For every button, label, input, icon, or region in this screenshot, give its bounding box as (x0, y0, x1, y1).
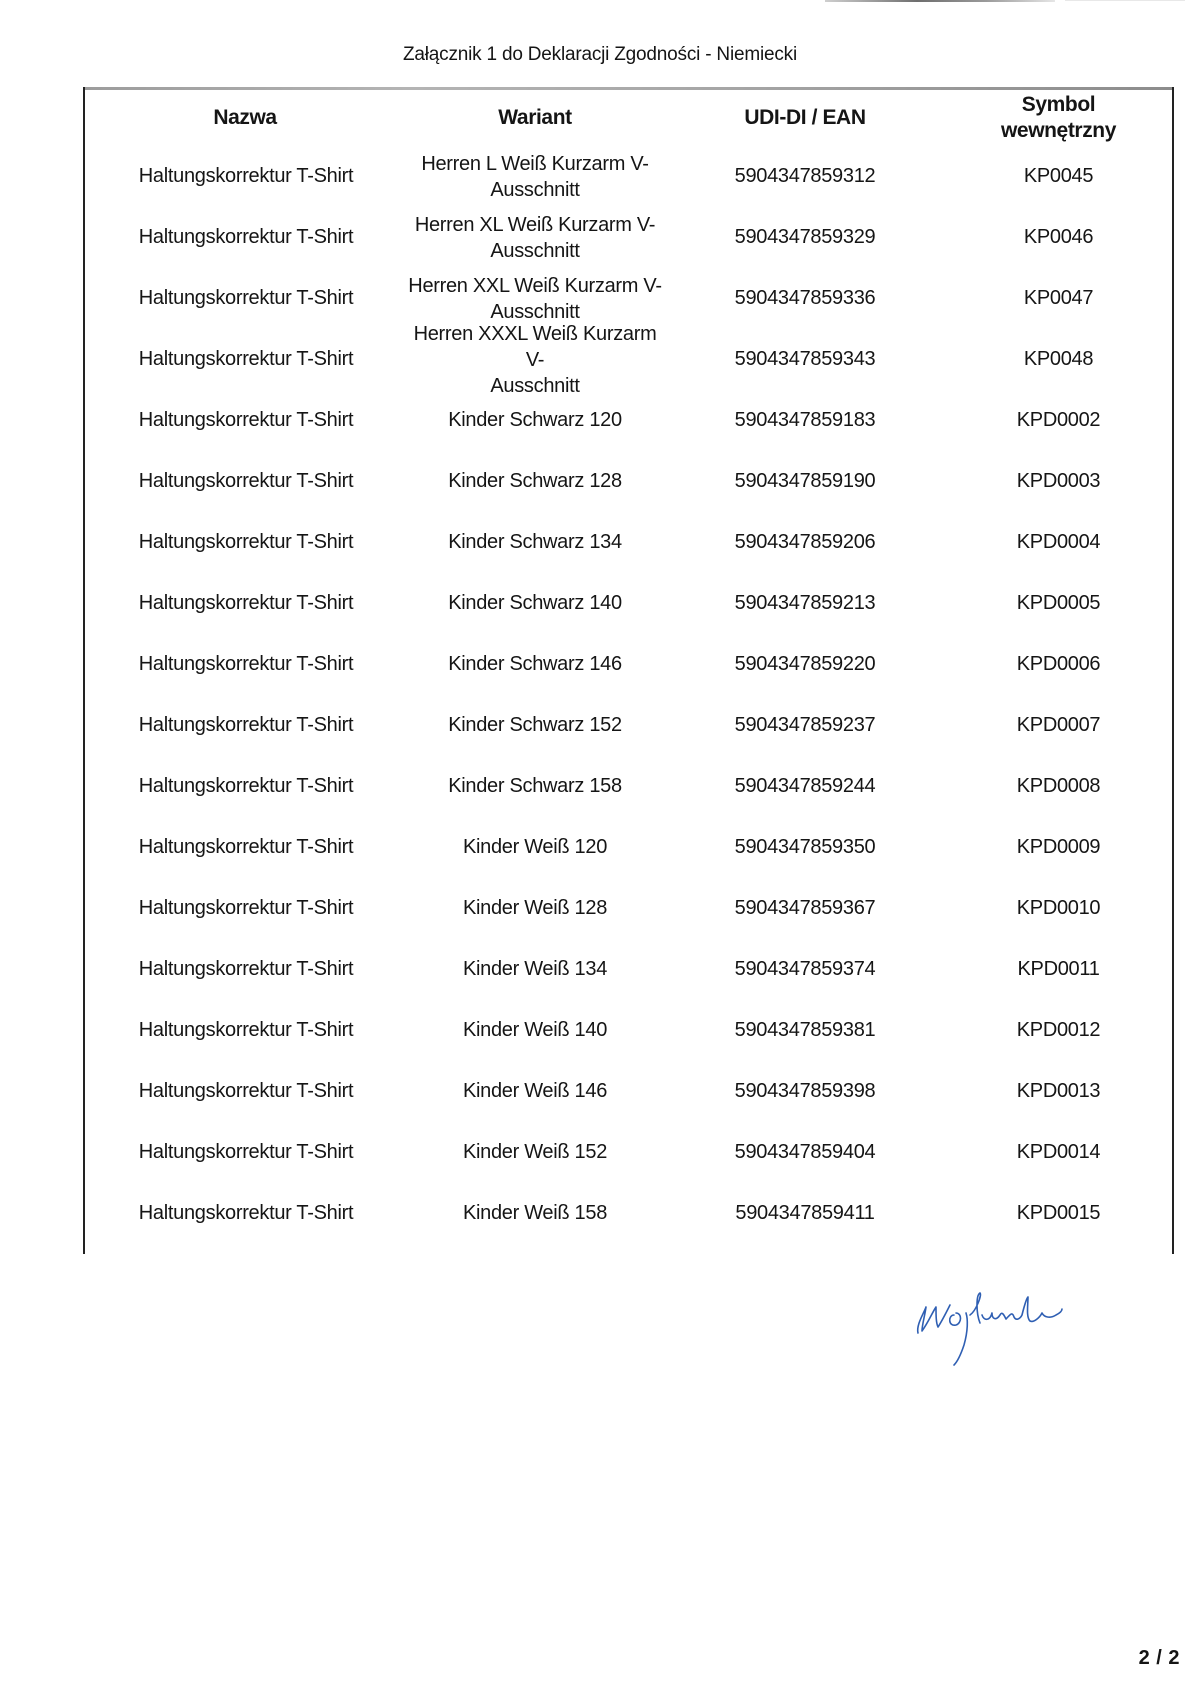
cell-variant: Kinder Schwarz 146 (405, 653, 665, 676)
cell-variant: Kinder Schwarz 134 (405, 531, 665, 554)
table-row: Haltungskorrektur T-ShirtKinder Schwarz … (85, 634, 1172, 695)
variant-line1: Kinder Weiß 158 (405, 1202, 665, 1225)
cell-symbol: KPD0004 (945, 531, 1172, 554)
product-table: Nazwa Wariant UDI-DI / EAN Symbol wewnęt… (85, 90, 1172, 1244)
variant-line1: Kinder Weiß 140 (405, 1019, 665, 1042)
cell-variant: Herren XXL Weiß Kurzarm V-Ausschnitt (405, 273, 665, 325)
table-row: Haltungskorrektur T-ShirtKinder Schwarz … (85, 756, 1172, 817)
table-row: Haltungskorrektur T-ShirtKinder Schwarz … (85, 512, 1172, 573)
variant-line1: Herren XL Weiß Kurzarm V- (405, 212, 665, 238)
cell-ean: 5904347859367 (665, 897, 945, 920)
document-title: Załącznik 1 do Deklaracji Zgodności - Ni… (0, 44, 1200, 66)
cell-name: Haltungskorrektur T-Shirt (85, 714, 405, 737)
cell-variant: Herren XL Weiß Kurzarm V-Ausschnitt (405, 212, 665, 264)
cell-symbol: KPD0007 (945, 714, 1172, 737)
cell-variant: Kinder Weiß 134 (405, 958, 665, 981)
cell-name: Haltungskorrektur T-Shirt (85, 531, 405, 554)
variant-line1: Kinder Schwarz 158 (405, 775, 665, 798)
variant-line1: Herren XXXL Weiß Kurzarm V- (405, 321, 665, 373)
cell-symbol: KPD0014 (945, 1141, 1172, 1164)
cell-ean: 5904347859329 (665, 226, 945, 249)
cell-name: Haltungskorrektur T-Shirt (85, 836, 405, 859)
cell-variant: Kinder Schwarz 120 (405, 409, 665, 432)
cell-symbol: KPD0010 (945, 897, 1172, 920)
header-internal-symbol: Symbol wewnętrzny (945, 92, 1172, 144)
variant-line1: Kinder Weiß 128 (405, 897, 665, 920)
table-row: Haltungskorrektur T-ShirtKinder Weiß 140… (85, 1000, 1172, 1061)
header-variant: Wariant (405, 106, 665, 130)
variant-line1: Kinder Schwarz 140 (405, 592, 665, 615)
cell-variant: Kinder Schwarz 152 (405, 714, 665, 737)
variant-line1: Kinder Schwarz 152 (405, 714, 665, 737)
variant-line1: Kinder Weiß 146 (405, 1080, 665, 1103)
cell-ean: 5904347859237 (665, 714, 945, 737)
variant-line1: Kinder Weiß 120 (405, 836, 665, 859)
cell-variant: Kinder Weiß 128 (405, 897, 665, 920)
variant-line1: Kinder Weiß 152 (405, 1141, 665, 1164)
variant-line2: Ausschnitt (405, 177, 665, 203)
cell-symbol: KPD0005 (945, 592, 1172, 615)
variant-line2: Ausschnitt (405, 373, 665, 399)
header-symbol-line1: Symbol (945, 92, 1172, 118)
cell-symbol: KP0045 (945, 165, 1172, 188)
cell-name: Haltungskorrektur T-Shirt (85, 1202, 405, 1225)
cell-symbol: KPD0012 (945, 1019, 1172, 1042)
cell-name: Haltungskorrektur T-Shirt (85, 226, 405, 249)
page-number: 2 / 2 (1139, 1647, 1180, 1670)
cell-name: Haltungskorrektur T-Shirt (85, 1080, 405, 1103)
variant-line1: Herren L Weiß Kurzarm V- (405, 151, 665, 177)
table-row: Haltungskorrektur T-ShirtKinder Schwarz … (85, 695, 1172, 756)
cell-symbol: KPD0011 (945, 958, 1172, 981)
cell-ean: 5904347859312 (665, 165, 945, 188)
cell-ean: 5904347859183 (665, 409, 945, 432)
variant-line1: Kinder Schwarz 146 (405, 653, 665, 676)
cell-symbol: KP0048 (945, 348, 1172, 371)
cell-name: Haltungskorrektur T-Shirt (85, 165, 405, 188)
table-row: Haltungskorrektur T-ShirtHerren XXXL Wei… (85, 329, 1172, 390)
table-header-row: Nazwa Wariant UDI-DI / EAN Symbol wewnęt… (85, 90, 1172, 146)
cell-name: Haltungskorrektur T-Shirt (85, 897, 405, 920)
cell-symbol: KPD0013 (945, 1080, 1172, 1103)
cell-variant: Kinder Schwarz 128 (405, 470, 665, 493)
cell-ean: 5904347859374 (665, 958, 945, 981)
table-row: Haltungskorrektur T-ShirtKinder Weiß 146… (85, 1061, 1172, 1122)
cell-ean: 5904347859343 (665, 348, 945, 371)
cell-name: Haltungskorrektur T-Shirt (85, 1141, 405, 1164)
cell-symbol: KP0046 (945, 226, 1172, 249)
cell-name: Haltungskorrektur T-Shirt (85, 775, 405, 798)
variant-line1: Herren XXL Weiß Kurzarm V- (405, 273, 665, 299)
table-row: Haltungskorrektur T-ShirtKinder Schwarz … (85, 390, 1172, 451)
cell-variant: Kinder Weiß 146 (405, 1080, 665, 1103)
table-row: Haltungskorrektur T-ShirtKinder Schwarz … (85, 573, 1172, 634)
table-row: Haltungskorrektur T-ShirtHerren L Weiß K… (85, 146, 1172, 207)
cell-ean: 5904347859244 (665, 775, 945, 798)
cell-ean: 5904347859411 (665, 1202, 945, 1225)
scan-artifact-line (1065, 0, 1185, 1)
cell-variant: Herren L Weiß Kurzarm V-Ausschnitt (405, 151, 665, 203)
cell-variant: Kinder Weiß 158 (405, 1202, 665, 1225)
header-name: Nazwa (85, 106, 405, 130)
cell-name: Haltungskorrektur T-Shirt (85, 470, 405, 493)
handwritten-signature (910, 1285, 1090, 1375)
cell-ean: 5904347859404 (665, 1141, 945, 1164)
cell-symbol: KPD0015 (945, 1202, 1172, 1225)
cell-variant: Kinder Schwarz 158 (405, 775, 665, 798)
cell-ean: 5904347859190 (665, 470, 945, 493)
cell-name: Haltungskorrektur T-Shirt (85, 409, 405, 432)
cell-symbol: KPD0002 (945, 409, 1172, 432)
variant-line1: Kinder Weiß 134 (405, 958, 665, 981)
cell-symbol: KPD0003 (945, 470, 1172, 493)
variant-line1: Kinder Schwarz 128 (405, 470, 665, 493)
table-row: Haltungskorrektur T-ShirtKinder Weiß 158… (85, 1183, 1172, 1244)
table-row: Haltungskorrektur T-ShirtKinder Weiß 128… (85, 878, 1172, 939)
cell-symbol: KPD0008 (945, 775, 1172, 798)
variant-line2: Ausschnitt (405, 238, 665, 264)
cell-ean: 5904347859206 (665, 531, 945, 554)
cell-ean: 5904347859213 (665, 592, 945, 615)
cell-name: Haltungskorrektur T-Shirt (85, 287, 405, 310)
scan-artifact-line (825, 0, 1055, 2)
cell-variant: Kinder Weiß 120 (405, 836, 665, 859)
table-row: Haltungskorrektur T-ShirtKinder Schwarz … (85, 451, 1172, 512)
cell-symbol: KP0047 (945, 287, 1172, 310)
cell-name: Haltungskorrektur T-Shirt (85, 1019, 405, 1042)
cell-symbol: KPD0009 (945, 836, 1172, 859)
cell-name: Haltungskorrektur T-Shirt (85, 592, 405, 615)
header-symbol-line2: wewnętrzny (945, 118, 1172, 144)
table-row: Haltungskorrektur T-ShirtKinder Weiß 152… (85, 1122, 1172, 1183)
table-row: Haltungskorrektur T-ShirtKinder Weiß 120… (85, 817, 1172, 878)
table-row: Haltungskorrektur T-ShirtHerren XL Weiß … (85, 207, 1172, 268)
variant-line1: Kinder Schwarz 134 (405, 531, 665, 554)
cell-ean: 5904347859398 (665, 1080, 945, 1103)
variant-line1: Kinder Schwarz 120 (405, 409, 665, 432)
cell-symbol: KPD0006 (945, 653, 1172, 676)
cell-variant: Herren XXXL Weiß Kurzarm V-Ausschnitt (405, 321, 665, 399)
header-udi-ean: UDI-DI / EAN (665, 106, 945, 130)
cell-ean: 5904347859220 (665, 653, 945, 676)
cell-variant: Kinder Weiß 152 (405, 1141, 665, 1164)
table-row: Haltungskorrektur T-ShirtKinder Weiß 134… (85, 939, 1172, 1000)
cell-ean: 5904347859336 (665, 287, 945, 310)
cell-variant: Kinder Schwarz 140 (405, 592, 665, 615)
table-body: Haltungskorrektur T-ShirtHerren L Weiß K… (85, 146, 1172, 1244)
cell-ean: 5904347859381 (665, 1019, 945, 1042)
cell-name: Haltungskorrektur T-Shirt (85, 348, 405, 371)
cell-ean: 5904347859350 (665, 836, 945, 859)
cell-variant: Kinder Weiß 140 (405, 1019, 665, 1042)
cell-name: Haltungskorrektur T-Shirt (85, 653, 405, 676)
cell-name: Haltungskorrektur T-Shirt (85, 958, 405, 981)
